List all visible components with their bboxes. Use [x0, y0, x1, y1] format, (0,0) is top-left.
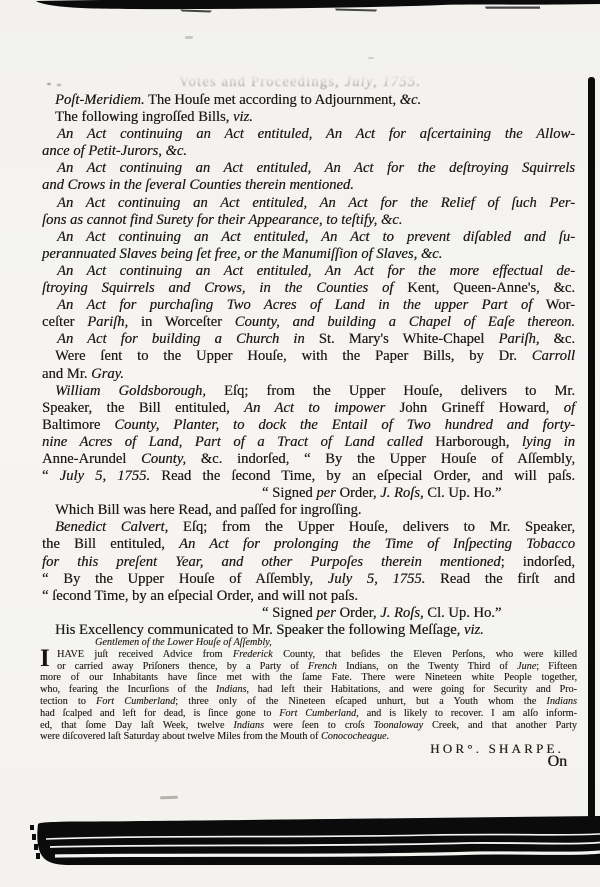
- text-line: An Act continuing an Act entituled, An A…: [42, 263, 575, 280]
- text-line: nine Acres of Land, Part of a Tract of L…: [42, 434, 575, 451]
- governor-message-lines: Gentlemen of the Lower Houſe of Aſſembly…: [40, 637, 577, 743]
- text-line: “ ſecond Time, by an eſpecial Order, and…: [42, 588, 575, 605]
- running-header-date: July, 1755.: [345, 74, 421, 90]
- scanned-document-page: Votes and Proceedings, July, 1755. Poſt-…: [0, 0, 600, 887]
- text-line: ſtroying Squirrels and Crows, in the Cou…: [42, 280, 575, 297]
- text-line: HAVE juſt received Advice from Frederick…: [40, 649, 577, 661]
- text-line: “ By the Upper Houſe of Aſſembly, July 5…: [42, 571, 575, 588]
- text-line: Speaker, the Bill entituled, An Act to i…: [42, 400, 575, 417]
- text-line: or carried away Priſoners thence, by a P…: [40, 661, 577, 673]
- text-line: had ſcalped and left for dead, is ſince …: [40, 708, 577, 720]
- ink-smudge: [160, 796, 178, 800]
- scan-edge-artifact-right: [588, 77, 595, 822]
- signature-line: HOR°. SHARPE.: [430, 741, 564, 757]
- running-header: Votes and Proceedings, July, 1755.: [0, 74, 600, 91]
- text-line: Benedict Calvert, Eſq; from the Upper Ho…: [42, 519, 575, 536]
- text-line: ceſter Pariſh, in Worceſter County, and …: [42, 314, 575, 331]
- text-line: “ Signed per Order, J. Roſs, Cl. Up. Ho.…: [42, 485, 575, 502]
- scan-edge-artifact-bottom: [0, 812, 600, 887]
- text-line: Anne-Arundel County, &c. indorſed, “ By …: [42, 451, 575, 468]
- text-line: An Act for purchaſing Two Acres of Land …: [42, 297, 575, 314]
- text-line: “ July 5, 1755. Read the ſecond Time, by…: [42, 468, 575, 485]
- text-line: An Act continuing an Act entituled, An A…: [42, 160, 575, 177]
- text-line: Baltimore County, Planter, to dock the E…: [42, 417, 575, 434]
- text-line: more of our Inhabitants have ſince met w…: [40, 672, 577, 684]
- text-line: who, fearing the Incurſions of the India…: [40, 684, 577, 696]
- text-line: Which Bill was here Read, and paſſed for…: [42, 502, 575, 519]
- text-line: An Act continuing an Act entituled, An A…: [42, 229, 575, 246]
- text-line: An Act continuing an Act entituled, An A…: [42, 126, 575, 143]
- running-header-title: Votes and Proceedings,: [179, 74, 345, 90]
- text-line: for this preſent Year, and other Purpoſe…: [42, 554, 575, 571]
- text-line: perannuated Slaves being ſet free, or th…: [42, 246, 575, 263]
- text-line: William Goldsborough, Eſq; from the Uppe…: [42, 383, 575, 400]
- catchword: On: [547, 753, 567, 771]
- proceedings-body: Poſt-Meridiem. The Houſe met according t…: [42, 92, 575, 639]
- ink-smudge: [368, 57, 374, 59]
- text-line: the Bill entituled, An Act for prolongin…: [42, 536, 575, 553]
- ink-smudge: [185, 36, 193, 39]
- text-line: An Act continuing an Act entituled, An A…: [42, 195, 575, 212]
- text-line: ed, that ſome Day laſt Week, twelve Indi…: [40, 720, 577, 732]
- scan-edge-artifact-top: [0, 0, 600, 14]
- text-line: “ Signed per Order, J. Roſs, Cl. Up. Ho.…: [42, 605, 575, 622]
- text-line: The following ingroſſed Bills, viz.: [42, 109, 575, 126]
- text-line: Gentlemen of the Lower Houſe of Aſſembly…: [40, 637, 577, 649]
- text-line: ance of Petit-Jurors, &c.: [42, 143, 575, 160]
- text-line: Were ſent to the Upper Houſe, with the P…: [42, 348, 575, 365]
- text-line: tection to Fort Cumberland; three only o…: [40, 696, 577, 708]
- governor-message: I Gentlemen of the Lower Houſe of Aſſemb…: [40, 637, 577, 743]
- text-line: and Crows in the ſeveral Counties therei…: [42, 177, 575, 194]
- text-line: An Act for building a Church in St. Mary…: [42, 331, 575, 348]
- text-line: ſons as cannot find Surety for their App…: [42, 212, 575, 229]
- text-line: and Mr. Gray.: [42, 366, 575, 383]
- text-line: Poſt-Meridiem. The Houſe met according t…: [42, 92, 575, 109]
